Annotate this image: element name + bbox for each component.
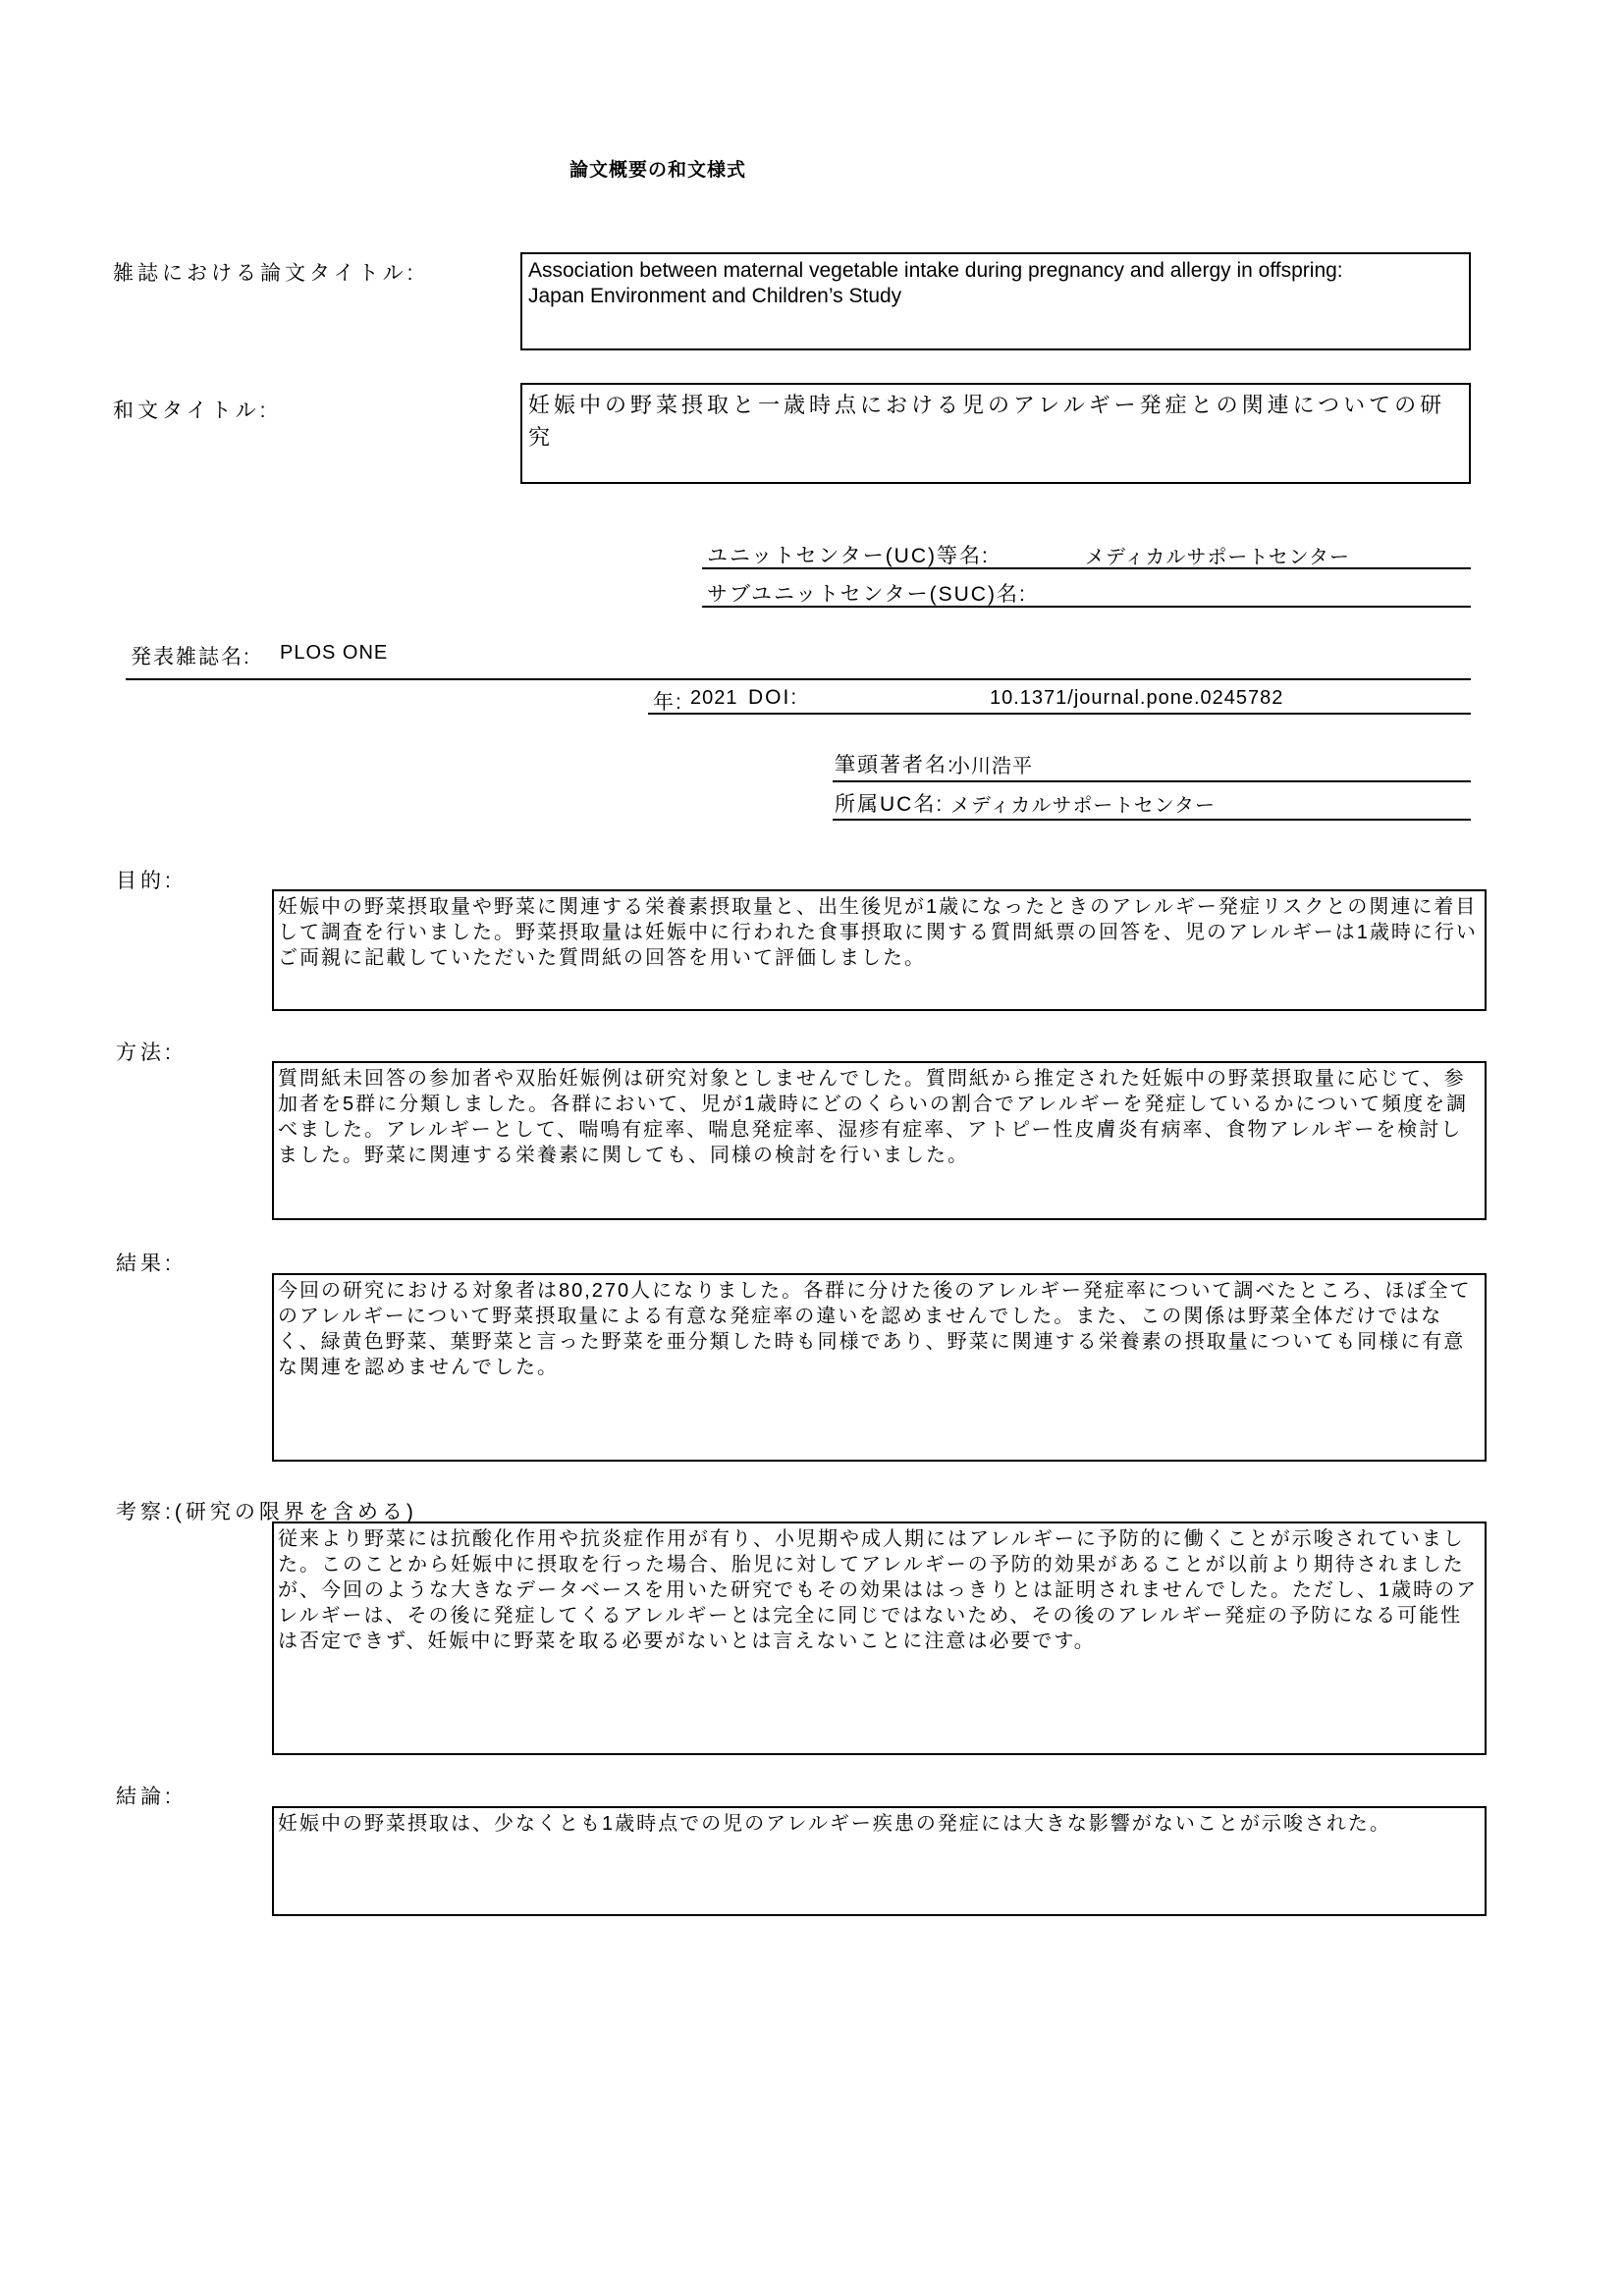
- section-purpose-text: 妊娠中の野菜摂取量や野菜に関連する栄養素摂取量と、出生後児が1歳になったときのア…: [274, 891, 1485, 974]
- journal-name-value: PLOS ONE: [280, 642, 388, 665]
- sub-unit-center-label: サブユニットセンター(SUC)名:: [707, 578, 1027, 608]
- japanese-title-text: 妊娠中の野菜摂取と一歳時点における児のアレルギー発症との関連についての研究: [522, 385, 1469, 457]
- unit-center-value: メディカルサポートセンター: [1085, 541, 1350, 569]
- unit-center-underline: [702, 567, 1471, 569]
- unit-center-label: ユニットセンター(UC)等名:: [707, 540, 990, 569]
- doi-label: DOI:: [748, 686, 798, 710]
- section-discussion-box: 従来より野菜には抗酸化作用や抗炎症作用が有り、小児期や成人期にはアレルギーに予防…: [272, 1522, 1487, 1755]
- section-discussion-text: 従来より野菜には抗酸化作用や抗炎症作用が有り、小児期や成人期にはアレルギーに予防…: [274, 1523, 1485, 1657]
- affiliated-uc-value: メディカルサポートセンター: [950, 789, 1216, 818]
- journal-article-title-label: 雑誌における論文タイトル:: [113, 257, 416, 287]
- journal-article-title-box: Association between maternal vegetable i…: [520, 252, 1471, 350]
- affiliated-uc-underline: [833, 819, 1471, 821]
- first-author-value: 小川浩平: [950, 750, 1033, 778]
- section-conclusion-text: 妊娠中の野菜摂取は、少なくとも1歳時点での児のアレルギー疾患の発症には大きな影響…: [274, 1808, 1485, 1840]
- section-purpose-label: 目的:: [116, 865, 175, 894]
- japanese-title-box: 妊娠中の野菜摂取と一歳時点における児のアレルギー発症との関連についての研究: [520, 383, 1471, 484]
- sub-unit-center-underline: [702, 606, 1471, 608]
- first-author-underline: [833, 780, 1471, 782]
- journal-name-underline: [126, 678, 1471, 680]
- document-page: 論文概要の和文様式 雑誌における論文タイトル: Association betw…: [0, 0, 1624, 2296]
- doi-value: 10.1371/journal.pone.0245782: [990, 687, 1283, 710]
- year-label: 年:: [653, 686, 683, 716]
- section-methods-text: 質問紙未回答の参加者や双胎妊娠例は研究対象としませんでした。質問紙から推定された…: [274, 1063, 1485, 1171]
- page-title: 論文概要の和文様式: [412, 155, 903, 182]
- japanese-title-label: 和文タイトル:: [113, 395, 269, 424]
- year-doi-underline: [648, 713, 1471, 715]
- section-methods-label: 方法:: [116, 1037, 175, 1066]
- year-value: 2021: [690, 687, 738, 710]
- journal-name-label: 発表雑誌名:: [131, 641, 251, 670]
- first-author-label: 筆頭著者名:: [835, 749, 955, 778]
- section-results-text: 今回の研究における対象者は80,270人になりました。各群に分けた後のアレルギー…: [274, 1275, 1485, 1383]
- affiliated-uc-label: 所属UC名:: [835, 788, 944, 818]
- section-results-label: 結果:: [116, 1248, 175, 1277]
- section-purpose-box: 妊娠中の野菜摂取量や野菜に関連する栄養素摂取量と、出生後児が1歳になったときのア…: [272, 889, 1487, 1011]
- section-results-box: 今回の研究における対象者は80,270人になりました。各群に分けた後のアレルギー…: [272, 1273, 1487, 1462]
- section-conclusion-label: 結論:: [116, 1781, 175, 1810]
- section-methods-box: 質問紙未回答の参加者や双胎妊娠例は研究対象としませんでした。質問紙から推定された…: [272, 1061, 1487, 1220]
- journal-article-title-text: Association between maternal vegetable i…: [522, 254, 1408, 313]
- section-conclusion-box: 妊娠中の野菜摂取は、少なくとも1歳時点での児のアレルギー疾患の発症には大きな影響…: [272, 1806, 1487, 1916]
